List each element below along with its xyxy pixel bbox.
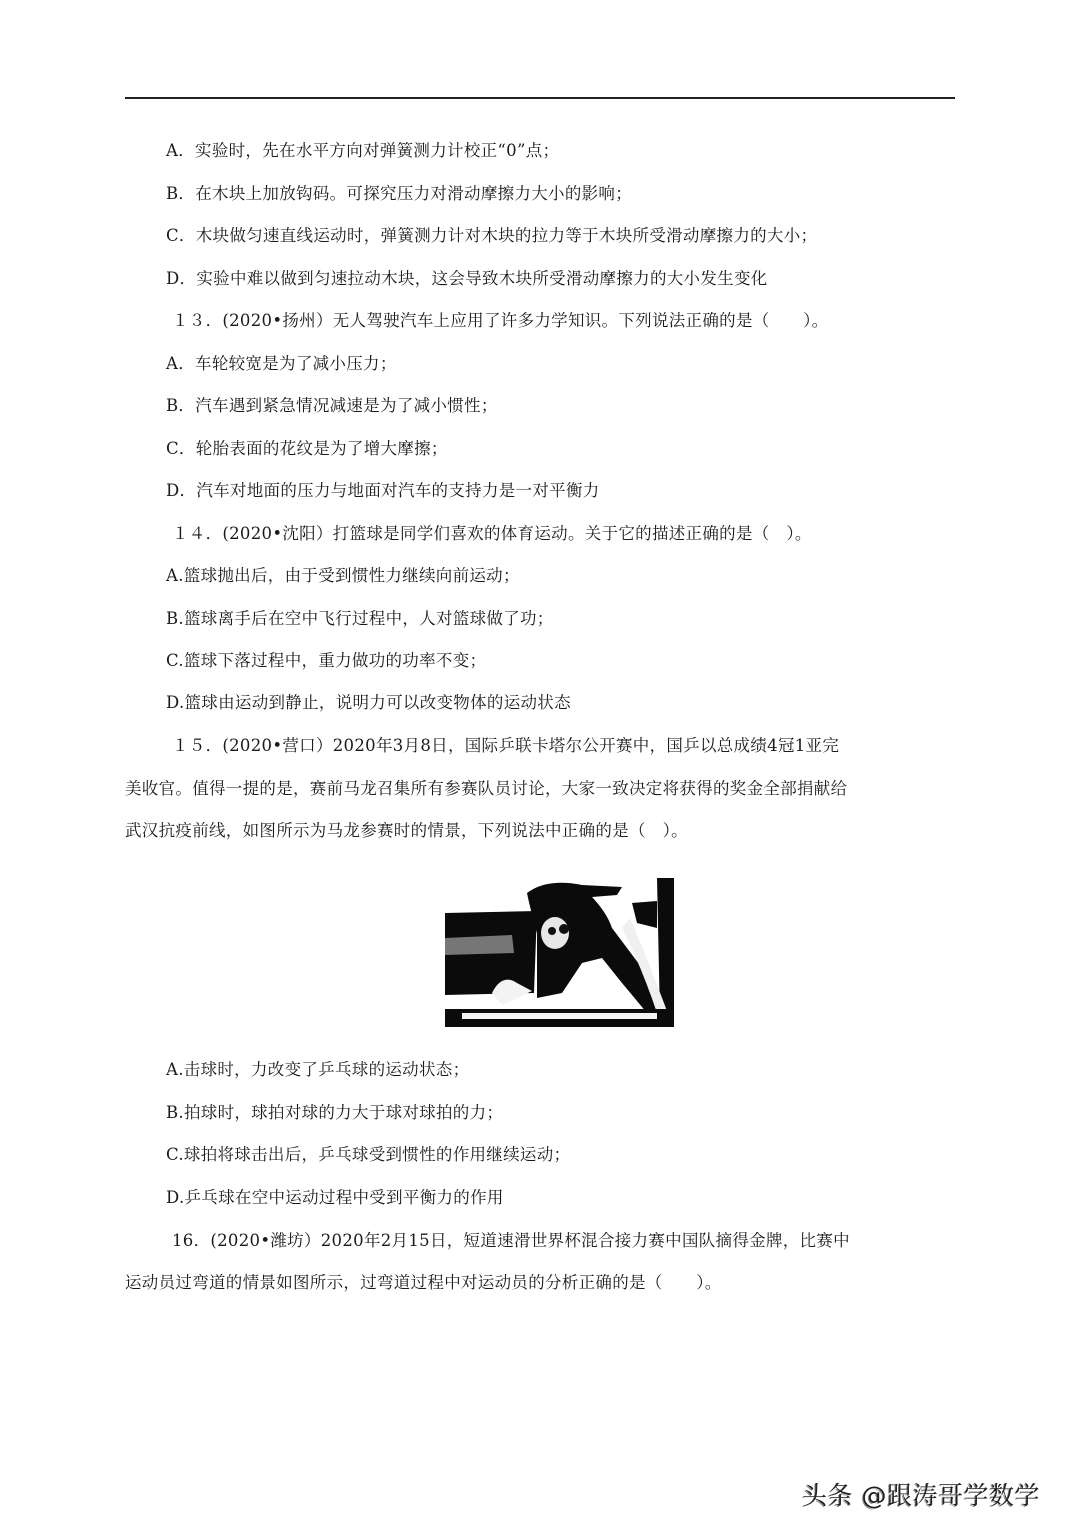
q14-option-d: D.篮球由运动到静止，说明力可以改变物体的运动状态	[166, 691, 571, 715]
q12-option-a: A．实验时，先在水平方向对弹簧测力计校正“0”点；	[166, 139, 559, 163]
q13-option-b: B．汽车遇到紧急情况减速是为了减小惯性；	[166, 394, 498, 418]
q13-option-d: D．汽车对地面的压力与地面对汽车的支持力是一对平衡力	[166, 479, 600, 503]
header-rule	[125, 97, 955, 99]
q15-stem-line-2: 美收官。值得一提的是，赛前马龙召集所有参赛队员讨论，大家一致决定将获得的奖金全部…	[125, 777, 847, 801]
q12-option-d: D．实验中难以做到匀速拉动木块，这会导致木块所受滑动摩擦力的大小发生变化	[166, 267, 768, 291]
q13-option-c: C．轮胎表面的花纹是为了增大摩擦；	[166, 437, 448, 461]
q14-stem: １４．(2020•沈阳）打篮球是同学们喜欢的体育运动。关于它的描述正确的是（ ）…	[172, 522, 812, 546]
watermark: 头条 @跟涛哥学数学	[802, 1476, 1040, 1512]
q15-option-d: D.乒乓球在空中运动过程中受到平衡力的作用	[166, 1186, 504, 1210]
q15-stem-line-1: １５．(2020•营口）2020年3月8日，国际乒联卡塔尔公开赛中，国乒以总成绩…	[172, 734, 839, 758]
q14-option-b: B.篮球离手后在空中飞行过程中，人对篮球做了功；	[166, 607, 554, 631]
q15-stem-line-3: 武汉抗疫前线，如图所示为马龙参赛时的情景，下列说法中正确的是（ ）。	[125, 819, 688, 843]
q13-option-a: A．车轮较宽是为了减小压力；	[166, 352, 397, 376]
table-tennis-figure	[442, 873, 674, 1029]
q15-option-a: A.击球时，力改变了乒乓球的运动状态；	[166, 1058, 469, 1082]
q14-option-c: C.篮球下落过程中，重力做功的功率不变；	[166, 649, 486, 673]
table-tennis-player-image	[442, 873, 674, 1029]
q13-stem: １３．(2020•扬州）无人驾驶汽车上应用了许多力学知识。下列说法正确的是（ ）…	[172, 309, 829, 333]
q16-stem-line-1: 16．(2020•潍坊）2020年2月15日，短道速滑世界杯混合接力赛中国队摘得…	[172, 1229, 850, 1253]
q15-option-b: B.拍球时，球拍对球的力大于球对球拍的力；	[166, 1101, 503, 1125]
q14-option-a: A.篮球抛出后，由于受到惯性力继续向前运动；	[166, 564, 520, 588]
q12-option-c: C．木块做匀速直线运动时，弹簧测力计对木块的拉力等于木块所受滑动摩擦力的大小；	[166, 224, 817, 248]
q12-option-b: B．在木块上加放钩码。可探究压力对滑动摩擦力大小的影响；	[166, 182, 632, 206]
q16-stem-line-2: 运动员过弯道的情景如图所示，过弯道过程中对运动员的分析正确的是（ ）。	[125, 1271, 722, 1295]
q15-option-c: C.球拍将球击出后，乒乓球受到惯性的作用继续运动；	[166, 1143, 570, 1167]
